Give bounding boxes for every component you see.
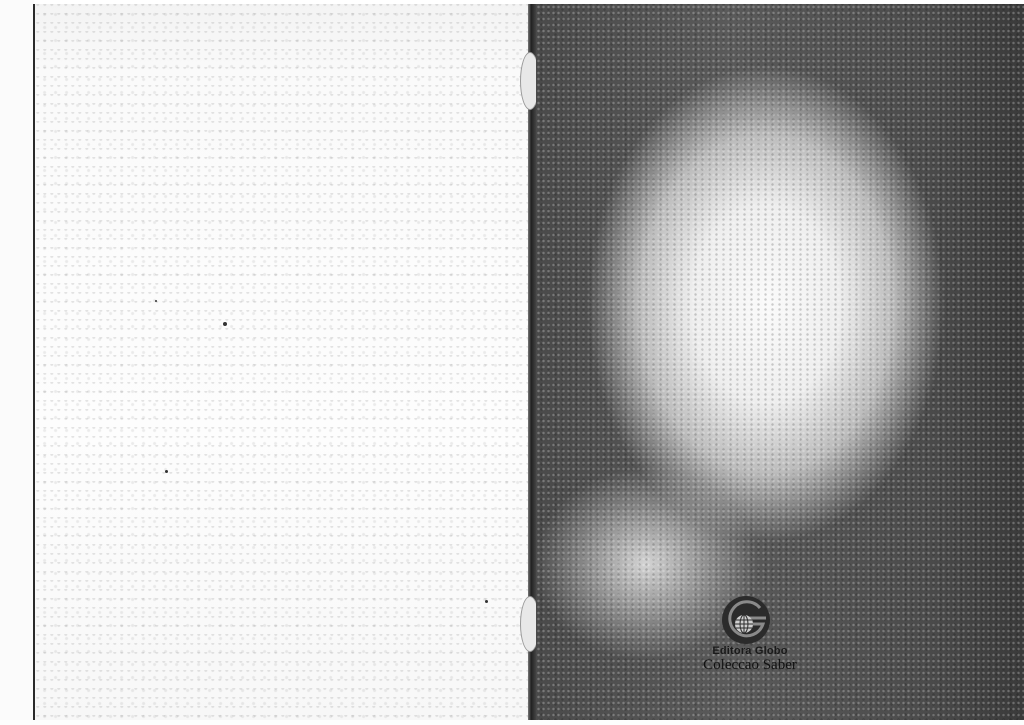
ink-speck [165, 470, 168, 473]
ink-speck [155, 300, 157, 302]
print-texture [536, 4, 1024, 720]
globe-g-logo-icon [720, 594, 772, 646]
publisher-name: Editora Globo [700, 645, 800, 657]
collection-name: Coleccao Saber [680, 657, 820, 674]
scan-margin [0, 0, 34, 725]
blank-back-page [35, 4, 530, 720]
scan-bottom-margin [0, 720, 1024, 725]
ink-speck [485, 600, 488, 603]
front-cover [536, 4, 1024, 720]
ink-speck [223, 322, 227, 326]
